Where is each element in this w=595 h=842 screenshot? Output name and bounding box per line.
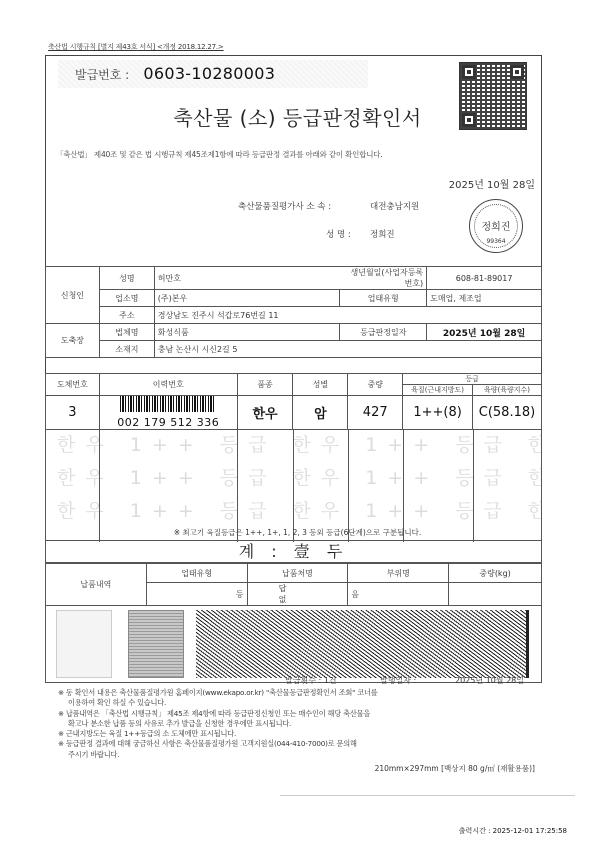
trace-number: 002 179 512 336 [103,416,234,429]
issue-number: 발급번호 : 0603-10280003 [75,64,275,83]
applicant-name: 허만호 [154,267,340,290]
issue-number-value: 0603-10280003 [143,64,275,83]
publish-date: 2025년 10월 28일 [455,675,524,686]
note-line: ※ 동 확인서 내용은 축산물품질평가원 홈페이지(www.ekapo.or.k… [58,688,538,698]
note-line: ※ 납품내역은 「축산법 시행규칙」 제45조 제4항에 따라 등급판정신청인 … [58,709,538,719]
grade-header: 등급 [403,374,542,385]
grading-date: 2025년 10월 28일 [427,324,542,341]
trace-no-header: 이력번호 [99,374,237,396]
column-divider [348,430,349,542]
seal-code: 99364 [470,238,522,245]
delivery-section-label: 납품내역 [46,564,147,606]
official-seal-icon: 정희진 99364 [469,199,523,253]
address-label: 주소 [99,307,154,324]
business-type: 도매업, 제조업 [427,290,542,307]
column-divider [293,430,294,542]
yield-grade: C(58.18) [472,396,541,430]
security-pattern-icon [56,610,112,678]
paper-spec: 210mm×297mm [백상지 80 g/㎡ (재활용품)] [375,763,535,774]
trace-number-cell: 002 179 512 336 [99,396,237,430]
address: 경상남도 진주시 석갑로76번길 11 [154,307,541,324]
breed: 한우 [237,396,293,430]
business-registration-number: 608-81-89017 [427,267,542,290]
seal-name: 정희진 [470,218,522,233]
inspector-affiliation: 대전충남지원 [370,200,419,212]
qr-finder-icon [462,65,476,79]
slaughterhouse-company: 화성식품 [154,324,340,341]
divider [280,795,575,796]
form-reference: 축산법 시행규칙 [별지 제43호 서식] <개정 2018.12.27.> [48,42,224,52]
quality-grade-header: 육질(근내지방도) [403,385,473,396]
business-name-label: 업소명 [99,290,154,307]
weight: 427 [348,396,403,430]
notes: ※ 동 확인서 내용은 축산물품질평가원 홈페이지(www.ekapo.or.k… [58,688,538,760]
delivery-header: 납품처명 [247,564,348,583]
table-row: 3 002 179 512 336 한우 암 427 1++(8) C(58.1… [46,396,542,430]
column-divider [541,430,542,542]
column-divider [45,430,46,542]
barcode-icon [120,396,216,412]
security-codes [45,603,542,683]
sex-header: 성별 [293,374,348,396]
sex: 암 [293,396,348,430]
breed-header: 품종 [237,374,293,396]
slaughterhouse-location: 충남 논산시 시신2길 5 [154,341,541,358]
applicant-info-table: 신청인 성명 허만호 생년월일(사업자등록번호) 608-81-89017 업소… [45,266,542,358]
slaughterhouse-company-label: 법체명 [99,324,154,341]
total-head-count: 계 : 壹 두 [45,540,542,563]
note-line: 확고나 분소한 납품 등의 사유로 추가 발급을 신청한 경우에만 표시됩니다. [58,719,538,729]
publish-date-label: 발행일자 : [380,675,416,686]
inspector-name-label: 성 명 : [326,228,351,240]
2d-barcode-icon[interactable] [196,610,529,678]
inspector-affiliation-label: 축산물품질평가사 소 속 : [238,200,331,212]
printed-timestamp: 출력시간 : 2025-12-01 17:25:58 [459,826,567,836]
note-line: 이용하여 확인 하실 수 있습니다. [58,698,538,708]
applicant-section-label: 신청인 [46,267,100,324]
yield-grade-header: 육량(육량지수) [472,385,541,396]
note-line: 주시기 바랍니다. [58,750,538,760]
column-divider [99,430,100,542]
security-hologram-icon [128,610,184,678]
issue-count: 발급횟수 : 1건 [285,675,337,686]
business-type-label: 업태유형 [340,290,427,307]
slaughterhouse-section-label: 도축장 [46,324,100,358]
weight-header: 중량 [348,374,403,396]
carcass-grade-table: 도체번호 이력번호 품종 성별 중량 등급 육질(근내지방도) 육량(육량지수)… [45,373,542,430]
slaughterhouse-location-label: 소재지 [99,341,154,358]
delivery-header: 업태유형 [146,564,247,583]
inspector-name: 정희진 [370,228,395,240]
delivery-table: 납품내역 업태유형 납품처명 부위명 중량(kg) 등 답 없 음 [45,563,542,606]
delivery-header: 중량(kg) [449,564,542,583]
qr-finder-icon [510,65,524,79]
applicant-name-label: 성명 [99,267,154,290]
grading-date-label: 등급판정일자 [340,324,427,341]
delivery-header: 부위명 [348,564,449,583]
business-name: (주)본우 [154,290,340,307]
note-line: ※ 등급판정 결과에 대해 궁금하신 사항은 축산물품질평가원 고객지원실(04… [58,739,538,749]
grade-note: ※ 최고기 육질등급은 1++, 1+, 1, 2, 3 등외 등급(6단계)으… [0,527,595,538]
document-title: 축산물 (소) 등급판정확인서 [0,102,595,131]
quality-grade: 1++(8) [403,396,473,430]
column-divider [403,430,404,542]
issue-number-label: 발급번호 : [75,68,129,82]
column-divider [237,430,238,542]
note-line: ※ 근내지방도는 육질 1++등급의 소 도체에만 표시됩니다. [58,729,538,739]
legal-statement: 「축산법」 제40조 및 같은 법 시행규칙 제45조제1항에 따라 등급판정 … [56,149,383,160]
column-divider [473,430,474,542]
birth-label: 생년월일(사업자등록번호) [340,267,427,290]
slaughter-no-header: 도체번호 [46,374,100,396]
slaughter-no: 3 [46,396,100,430]
issue-date: 2025년 10월 28일 [449,176,535,191]
